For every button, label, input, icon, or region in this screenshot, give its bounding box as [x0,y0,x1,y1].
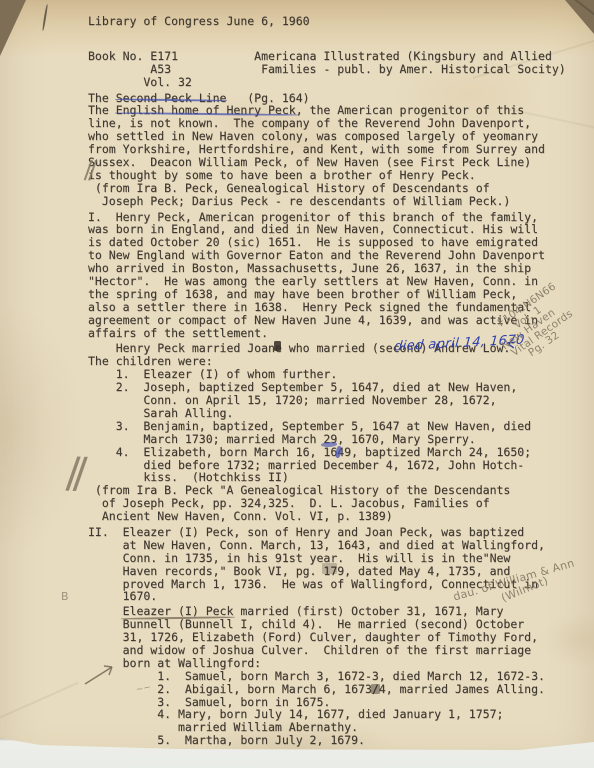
typed-line: is thought by some to have been a brothe… [88,169,574,182]
typed-line: Haven records," Book VI, pg. 179, dated … [88,565,574,578]
typed-line: II. Eleazer (I) Peck, son of Henry and J… [88,526,574,539]
typed-line: "Hector". He was among the early settler… [88,275,574,288]
typed-line: the spring of 1638, and may have been br… [88,288,574,301]
typed-line: (from Ira B. Peck, Genealogical History … [88,182,574,195]
typed-line: 5. Martha, born July 2, 1679. [88,734,574,747]
margin-letter-b: B [61,590,69,603]
typed-line: at New Haven, Conn. March, 13, 1643, and… [88,539,574,552]
typed-line: 2. Abigail, born March 6, 1673/4, marrie… [88,683,574,696]
typed-line: Sussex. Deacon William Peck, of New Have… [88,156,574,169]
typed-line: March 1730; married March 29, 1670, Mary… [88,433,574,446]
typed-line: and widow of Joshua Culver. Children of … [88,644,574,657]
typed-line: A53 Families - publ. by Amer. Historical… [88,63,574,76]
typed-line: Conn. on April 15, 1720; married Novembe… [88,394,574,407]
typed-line: also a settler there in 1638. Henry Peck… [88,301,574,314]
typed-line: Sarah Alling. [88,407,574,420]
insertion-slashes: // [83,155,93,184]
typewritten-text-block: Library of Congress June 6, 1960Book No.… [88,15,574,747]
typed-line: 3. Benjamin, baptized, September 5, 1647… [88,420,574,433]
typed-line: Book No. E171 Americana Illustrated (Kin… [88,50,574,63]
typed-line: Ancient New Haven, Conn. Vol. VI, p. 138… [88,510,574,523]
typed-line: Conn. in 1735, in his 91st year. His wil… [88,552,574,565]
typed-line: 1. Samuel, born March 3, 1672-3, died Ma… [88,670,574,683]
typed-line: 4. Elizabeth, born March 16, 1649, bapti… [88,446,574,459]
typed-line: Joseph Peck; Darius Peck - re descendant… [88,195,574,208]
typed-line: Library of Congress June 6, 1960 [88,15,574,28]
scanned-genealogy-page: { "colors":{ "paper":"#e8dcc0", "backdro… [0,0,594,768]
insertion-slashes: // [65,448,81,497]
typed-line: born at Wallingford: [88,657,574,670]
typed-line: Vol. 32 [88,76,574,89]
